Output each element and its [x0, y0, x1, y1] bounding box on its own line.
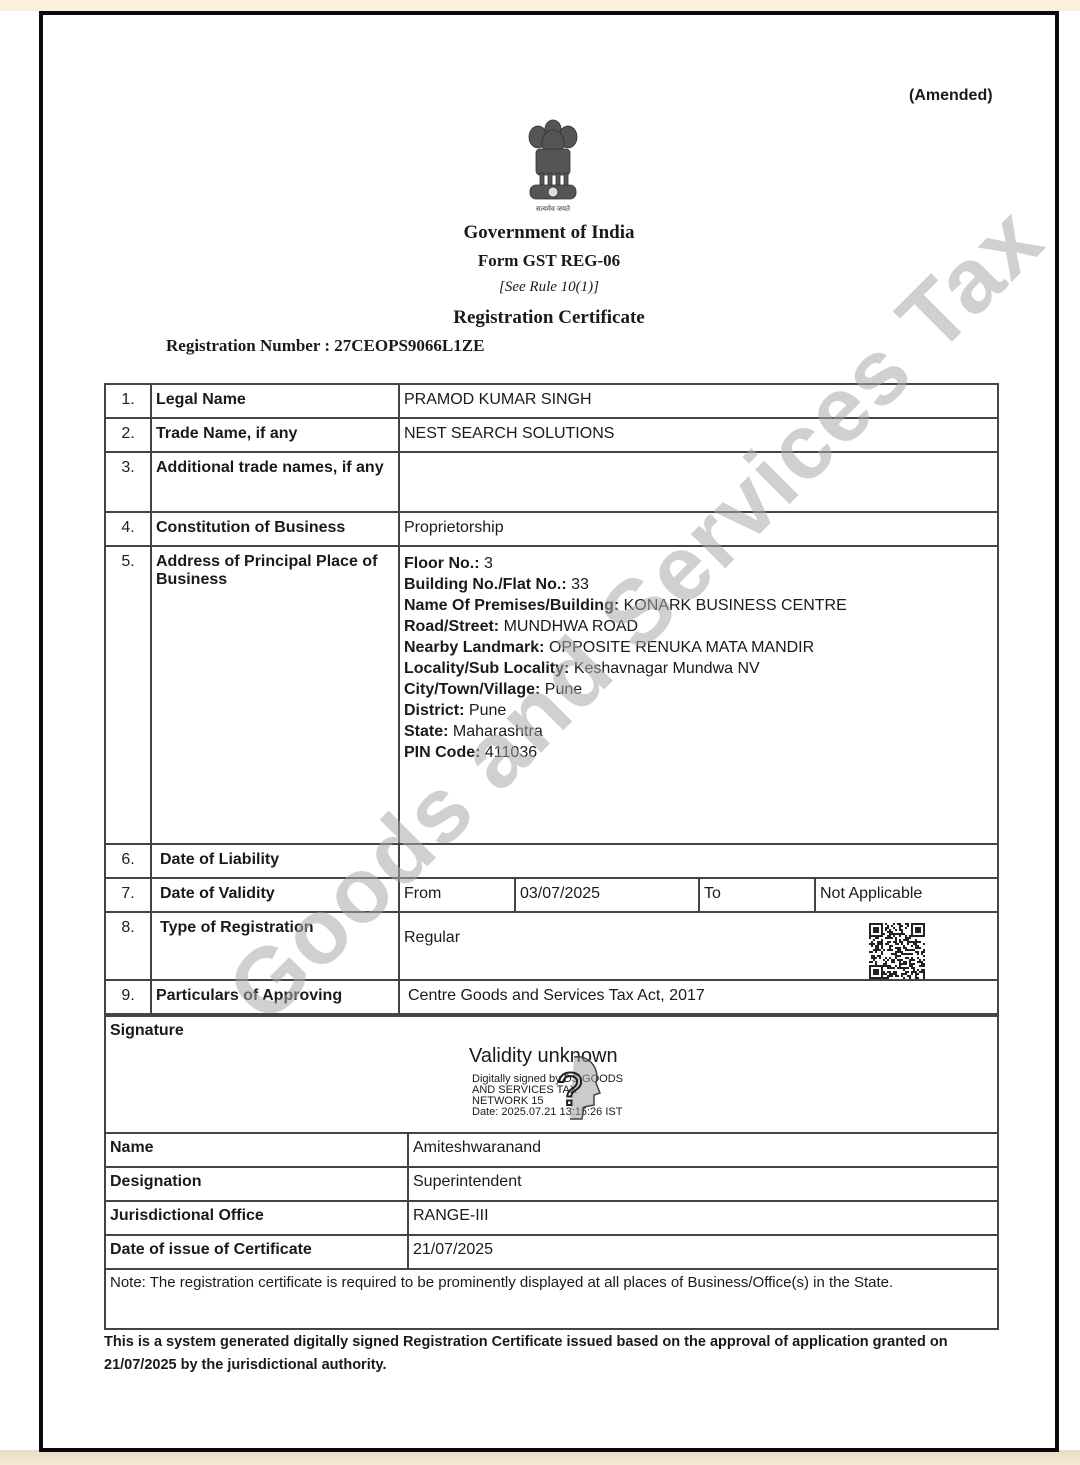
designation-value: Superintendent: [408, 1167, 998, 1201]
table-row: 4. Constitution of Business Proprietorsh…: [105, 512, 998, 546]
government-title: Government of India: [43, 222, 1055, 244]
type-of-registration-label: Type of Registration: [151, 912, 399, 980]
registration-details-table: 1. Legal Name PRAMOD KUMAR SINGH 2. Trad…: [104, 383, 999, 1015]
validity-from-value: 03/07/2025: [515, 878, 699, 912]
issue-date-value: 21/07/2025: [408, 1235, 998, 1269]
jurisdictional-office-value: RANGE-III: [408, 1201, 998, 1235]
address-label: Address of Principal Place of Business: [151, 546, 399, 844]
table-row: 1. Legal Name PRAMOD KUMAR SINGH: [105, 384, 998, 418]
national-emblem-icon: सत्यमेव जयते: [518, 115, 588, 215]
trade-name-value: NEST SEARCH SOLUTIONS: [399, 418, 998, 452]
additional-trade-names-label: Additional trade names, if any: [151, 452, 399, 512]
table-row: Date of issue of Certificate 21/07/2025: [105, 1235, 998, 1269]
certificate-page: (Amended) सत्यमेव जयते Government of Ind…: [39, 11, 1059, 1452]
legal-name-label: Legal Name: [151, 384, 399, 418]
registration-number: Registration Number : 27CEOPS9066L1ZE: [166, 336, 484, 356]
validity-to-label: To: [699, 878, 815, 912]
date-of-liability-label: Date of Liability: [151, 844, 399, 878]
officer-name-value: Amiteshwaranand: [408, 1133, 998, 1167]
bottom-background-band: [0, 1450, 1080, 1465]
date-of-validity-label: Date of Validity: [151, 878, 399, 912]
table-row: 7. Date of Validity From 03/07/2025 To N…: [105, 878, 998, 912]
unknown-validity-question-icon: ?: [546, 1047, 606, 1127]
rule-reference: [See Rule 10(1)]: [43, 279, 1055, 296]
svg-text:?: ?: [557, 1063, 583, 1115]
address-value: Floor No.: 3 Building No./Flat No.: 33 N…: [399, 546, 998, 844]
date-of-liability-value: [399, 844, 998, 878]
qr-code-icon: [869, 923, 925, 979]
additional-trade-names-value: [399, 452, 998, 512]
table-row: 3. Additional trade names, if any: [105, 452, 998, 512]
table-row: Designation Superintendent: [105, 1167, 998, 1201]
trade-name-label: Trade Name, if any: [151, 418, 399, 452]
particulars-value: Centre Goods and Services Tax Act, 2017: [399, 980, 998, 1014]
top-background-band: [0, 0, 1080, 11]
form-title: Form GST REG-06: [43, 251, 1055, 271]
signature-table: Signature Validity unknown Digitally sig…: [104, 1015, 999, 1330]
constitution-label: Constitution of Business: [151, 512, 399, 546]
table-row: 5. Address of Principal Place of Busines…: [105, 546, 998, 844]
svg-text:सत्यमेव जयते: सत्यमेव जयते: [536, 204, 571, 213]
table-row: 8. Type of Registration Regular: [105, 912, 998, 980]
table-row: Note: The registration certificate is re…: [105, 1269, 998, 1329]
legal-name-value: PRAMOD KUMAR SINGH: [399, 384, 998, 418]
amended-label: (Amended): [909, 87, 993, 105]
table-row: Name Amiteshwaranand: [105, 1133, 998, 1167]
system-generated-footer: This is a system generated digitally sig…: [104, 1331, 1004, 1377]
validity-to-value: Not Applicable: [815, 878, 998, 912]
constitution-value: Proprietorship: [399, 512, 998, 546]
display-note: Note: The registration certificate is re…: [105, 1269, 998, 1329]
certificate-title: Registration Certificate: [43, 307, 1055, 329]
validity-from-label: From: [399, 878, 515, 912]
signature-cell: Signature Validity unknown Digitally sig…: [105, 1016, 998, 1133]
table-row: 9. Particulars of Approving Centre Goods…: [105, 980, 998, 1014]
table-row: Jurisdictional Office RANGE-III: [105, 1201, 998, 1235]
table-row: 2. Trade Name, if any NEST SEARCH SOLUTI…: [105, 418, 998, 452]
type-of-registration-value: Regular: [399, 912, 998, 980]
particulars-label: Particulars of Approving: [151, 980, 399, 1014]
table-row: 6. Date of Liability: [105, 844, 998, 878]
signature-label: Signature: [110, 1022, 993, 1040]
